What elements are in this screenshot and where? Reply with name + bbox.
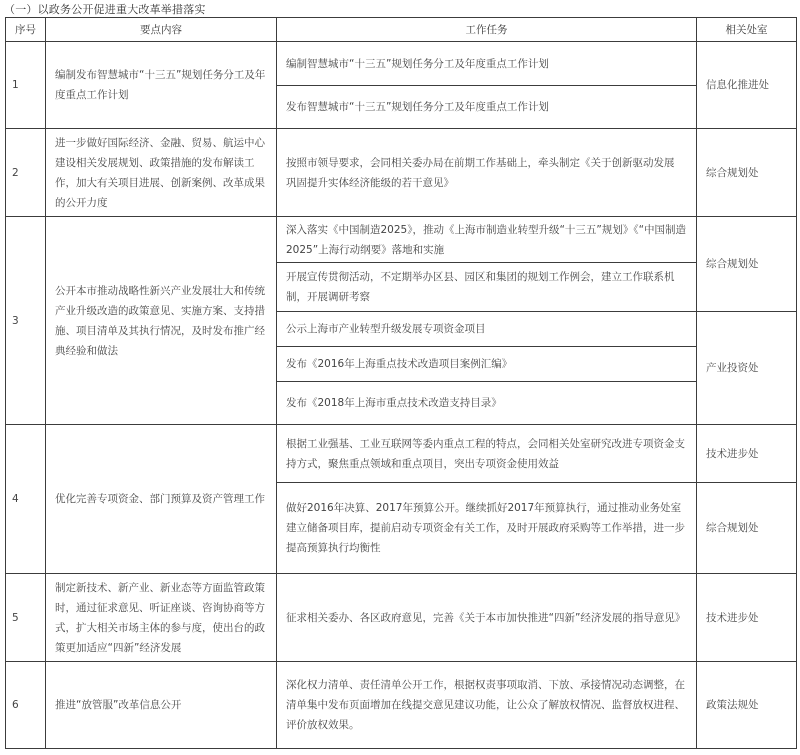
header-no-text: 序号 <box>15 20 36 40</box>
row-task: 发布《2016年上海重点技术改造项目案例汇编》 <box>276 346 697 382</box>
row-key-point-text: 优化完善专项资金、部门预算及资产管理工作 <box>55 489 265 509</box>
row-department: 综合规划处 <box>696 482 797 574</box>
row-key-point: 编制发布智慧城市“十三五”规划任务分工及年度重点工作计划 <box>45 41 277 129</box>
row-task-text: 征求相关委办、各区政府意见，完善《关于本市加快推进“四新”经济发展的指导意见》 <box>286 608 685 628</box>
row-task-text: 开展宣传贯彻活动，不定期举办区县、园区和集团的规划工作例会，建立工作联系机制，开… <box>286 267 687 307</box>
row-number: 5 <box>5 573 46 662</box>
row-number: 4 <box>5 424 46 574</box>
row-task: 公示上海市产业转型升级发展专项资金项目 <box>276 311 697 347</box>
row-key-point: 优化完善专项资金、部门预算及资产管理工作 <box>45 424 277 574</box>
row-task: 征求相关委办、各区政府意见，完善《关于本市加快推进“四新”经济发展的指导意见》 <box>276 573 697 662</box>
row-key-point-text: 公开本市推动战略性新兴产业发展壮大和传统产业升级改造的政策意见、实施方案、支持措… <box>55 281 267 361</box>
row-task-text: 发布智慧城市“十三五”规划任务分工及年度重点工作计划 <box>286 97 549 117</box>
row-department-text: 综合规划处 <box>706 254 759 274</box>
row-department-text: 政策法规处 <box>706 695 759 715</box>
header-task: 工作任务 <box>276 17 697 42</box>
header-point: 要点内容 <box>45 17 277 42</box>
section-title: （一）以政务公开促进重大改革举措落实 <box>4 1 206 17</box>
row-department-text: 综合规划处 <box>706 163 759 183</box>
row-key-point-text: 进一步做好国际经济、金融、贸易、航运中心建设相关发展规划、政策措施的发布解读工作… <box>55 133 267 213</box>
row-task: 根据工业强基、工业互联网等委内重点工程的特点，会同相关处室研究改进专项资金支持方… <box>276 424 697 483</box>
row-task: 开展宣传贯彻活动，不定期举办区县、园区和集团的规划工作例会，建立工作联系机制，开… <box>276 262 697 312</box>
row-department-text: 产业投资处 <box>706 358 759 378</box>
row-task: 深入落实《中国制造2025》，推动《上海市制造业转型升级“十三五”规划》《“中国… <box>276 216 697 263</box>
row-number-text: 1 <box>12 75 19 95</box>
row-task-text: 发布《2016年上海重点技术改造项目案例汇编》 <box>286 354 512 374</box>
row-key-point-text: 推进“放管服”改革信息公开 <box>55 695 181 715</box>
row-number: 2 <box>5 128 46 217</box>
row-department: 综合规划处 <box>696 216 797 312</box>
row-key-point-text: 制定新技术、新产业、新业态等方面监管政策时，通过征求意见、听证座谈、咨询协商等方… <box>55 578 267 658</box>
row-key-point: 公开本市推动战略性新兴产业发展壮大和传统产业升级改造的政策意见、实施方案、支持措… <box>45 216 277 425</box>
row-task: 编制智慧城市“十三五”规划任务分工及年度重点工作计划 <box>276 41 697 86</box>
row-number: 6 <box>5 661 46 749</box>
row-number: 3 <box>5 216 46 425</box>
row-department-text: 综合规划处 <box>706 518 759 538</box>
row-task: 发布智慧城市“十三五”规划任务分工及年度重点工作计划 <box>276 85 697 129</box>
header-dept: 相关处室 <box>696 17 797 42</box>
row-department: 信息化推进处 <box>696 41 797 129</box>
header-dept-text: 相关处室 <box>726 20 768 40</box>
row-number-text: 2 <box>12 163 19 183</box>
row-task-text: 深化权力清单、责任清单公开工作，根据权责事项取消、下放、承接情况动态调整，在清单… <box>286 675 687 735</box>
row-number-text: 3 <box>12 311 19 331</box>
row-task: 按照市领导要求，会同相关委办局在前期工作基础上，牵头制定《关于创新驱动发展 巩固… <box>276 128 697 217</box>
row-department-text: 信息化推进处 <box>706 75 769 95</box>
row-department: 综合规划处 <box>696 128 797 217</box>
row-department: 技术进步处 <box>696 424 797 483</box>
row-task-text: 公示上海市产业转型升级发展专项资金项目 <box>286 319 486 339</box>
header-point-text: 要点内容 <box>140 20 182 40</box>
row-department-text: 技术进步处 <box>706 444 759 464</box>
row-key-point: 进一步做好国际经济、金融、贸易、航运中心建设相关发展规划、政策措施的发布解读工作… <box>45 128 277 217</box>
row-task-text: 发布《2018年上海市重点技术改造支持目录》 <box>286 393 502 413</box>
row-task-text: 做好2016年决算、2017年预算公开。继续抓好2017年预算执行，通过推动业务… <box>286 498 687 558</box>
row-number-text: 4 <box>12 489 19 509</box>
row-key-point: 推进“放管服”改革信息公开 <box>45 661 277 749</box>
row-task-text: 编制智慧城市“十三五”规划任务分工及年度重点工作计划 <box>286 54 549 74</box>
row-department: 政策法规处 <box>696 661 797 749</box>
row-number-text: 6 <box>12 695 19 715</box>
header-no: 序号 <box>5 17 46 42</box>
header-task-text: 工作任务 <box>466 20 508 40</box>
row-task: 发布《2018年上海市重点技术改造支持目录》 <box>276 381 697 425</box>
row-key-point-text: 编制发布智慧城市“十三五”规划任务分工及年度重点工作计划 <box>55 65 267 105</box>
row-task: 深化权力清单、责任清单公开工作，根据权责事项取消、下放、承接情况动态调整，在清单… <box>276 661 697 749</box>
row-key-point: 制定新技术、新产业、新业态等方面监管政策时，通过征求意见、听证座谈、咨询协商等方… <box>45 573 277 662</box>
row-number: 1 <box>5 41 46 129</box>
row-task-text: 根据工业强基、工业互联网等委内重点工程的特点，会同相关处室研究改进专项资金支持方… <box>286 434 687 474</box>
row-task: 做好2016年决算、2017年预算公开。继续抓好2017年预算执行，通过推动业务… <box>276 482 697 574</box>
row-department: 技术进步处 <box>696 573 797 662</box>
row-task-text: 按照市领导要求，会同相关委办局在前期工作基础上，牵头制定《关于创新驱动发展 巩固… <box>286 153 687 193</box>
row-number-text: 5 <box>12 608 19 628</box>
row-task-text: 深入落实《中国制造2025》，推动《上海市制造业转型升级“十三五”规划》《“中国… <box>286 220 687 260</box>
row-department: 产业投资处 <box>696 311 797 425</box>
row-department-text: 技术进步处 <box>706 608 759 628</box>
